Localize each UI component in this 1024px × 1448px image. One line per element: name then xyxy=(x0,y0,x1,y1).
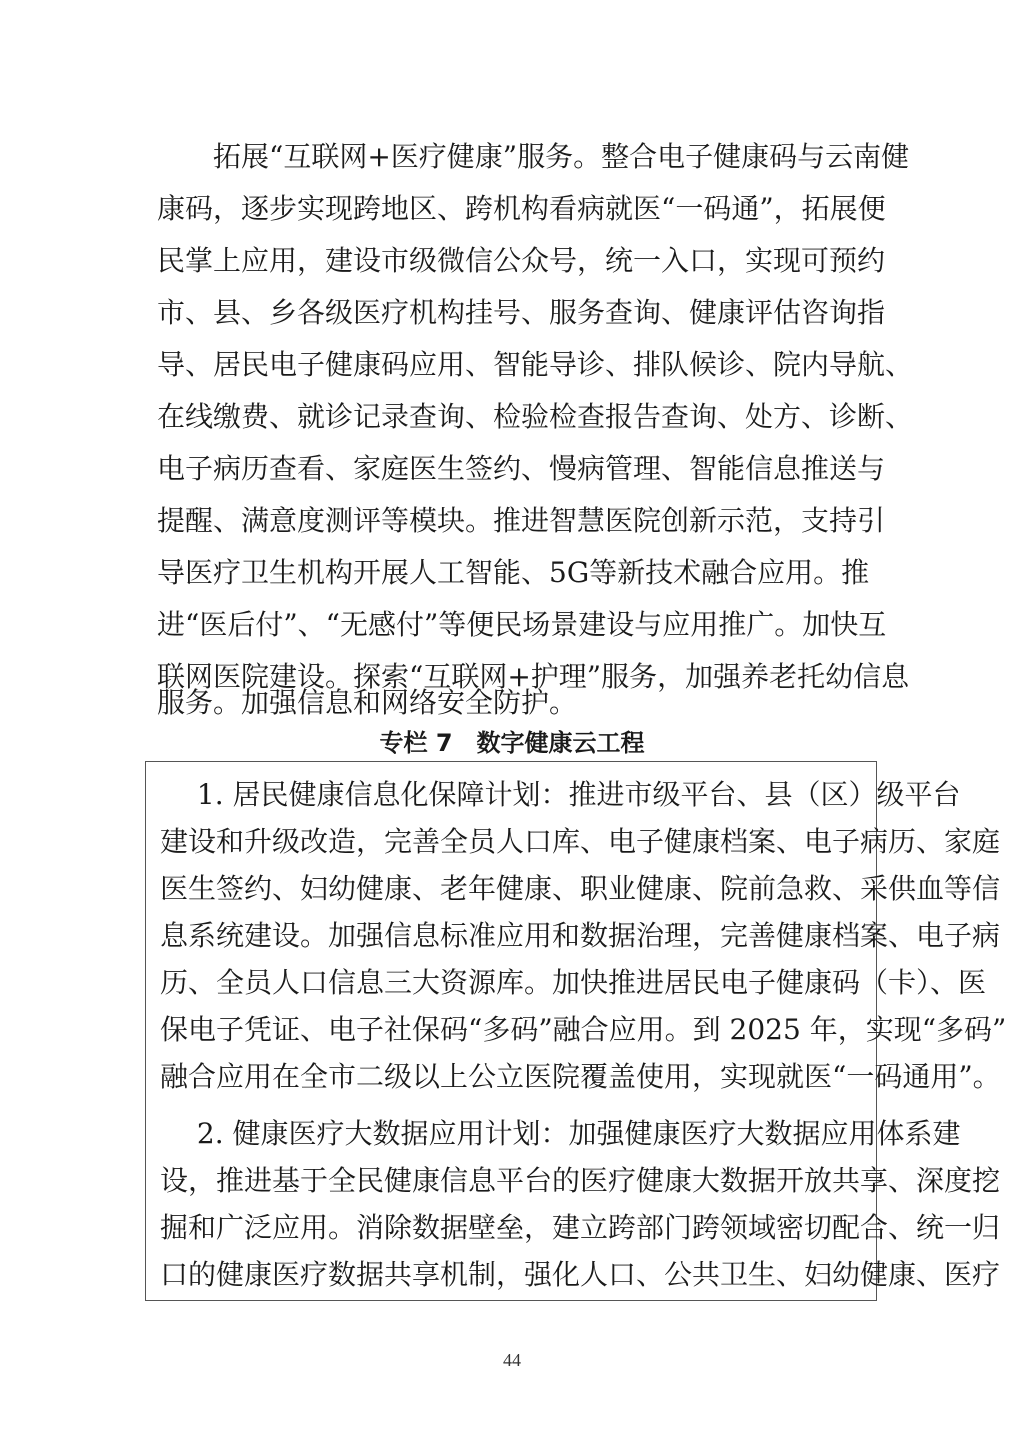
column-text-line: 2. 健康医疗大数据应用计划：加强健康医疗大数据应用体系建 xyxy=(160,1117,866,1151)
column-text-line: 保电子凭证、电子社保码“多码”融合应用。到 2025 年，实现“多码” xyxy=(160,1013,866,1047)
column-text-line: 融合应用在全市二级以上公立医院覆盖使用，实现就医“一码通用”。 xyxy=(160,1060,866,1094)
text-line: 进“医后付”、“无感付”等便民场景建设与应用推广。加快互 xyxy=(157,608,869,642)
text-line: 市、县、乡各级医疗机构挂号、服务查询、健康评估咨询指 xyxy=(157,296,869,330)
column-text-line: 1. 居民健康信息化保障计划：推进市级平台、县（区）级平台 xyxy=(160,778,866,812)
column-text-line: 建设和升级改造，完善全员人口库、电子健康档案、电子病历、家庭 xyxy=(160,825,866,859)
text-line: 拓展“互联网+医疗健康”服务。整合电子健康码与云南健 xyxy=(157,140,869,174)
text-line: 康码，逐步实现跨地区、跨机构看病就医“一码通”，拓展便 xyxy=(157,192,869,226)
text-line: 电子病历查看、家庭医生签约、慢病管理、智能信息推送与 xyxy=(157,452,869,486)
text-line: 导医疗卫生机构开展人工智能、5G等新技术融合应用。推 xyxy=(157,556,869,590)
column-text-line: 历、全员人口信息三大资源库。加快推进居民电子健康码（卡）、医 xyxy=(160,966,866,1000)
column-text-line: 设，推进基于全民健康信息平台的医疗健康大数据开放共享、深度挖 xyxy=(160,1164,866,1198)
text-line: 在线缴费、就诊记录查询、检验检查报告查询、处方、诊断、 xyxy=(157,400,869,434)
text-line: 民掌上应用，建设市级微信公众号，统一入口，实现可预约 xyxy=(157,244,869,278)
column-title: 专栏 7 数字健康云工程 xyxy=(0,728,1024,758)
text-line: 导、居民电子健康码应用、智能导诊、排队候诊、院内导航、 xyxy=(157,348,869,382)
column-text-line: 医生签约、妇幼健康、老年健康、职业健康、院前急救、采供血等信 xyxy=(160,872,866,906)
page-number: 44 xyxy=(0,1350,1024,1371)
text-line: 提醒、满意度测评等模块。推进智慧医院创新示范，支持引 xyxy=(157,504,869,538)
column-text-line: 息系统建设。加强信息标准应用和数据治理，完善健康档案、电子病 xyxy=(160,919,866,953)
text-line: 服务。加强信息和网络安全防护。 xyxy=(157,686,869,720)
column-text-line: 口的健康医疗数据共享机制，强化人口、公共卫生、妇幼健康、医疗 xyxy=(160,1258,866,1292)
column-text-line: 掘和广泛应用。消除数据壁垒，建立跨部门跨领域密切配合、统一归 xyxy=(160,1211,866,1245)
document-page: 拓展“互联网+医疗健康”服务。整合电子健康码与云南健 康码，逐步实现跨地区、跨机… xyxy=(0,0,1024,1448)
